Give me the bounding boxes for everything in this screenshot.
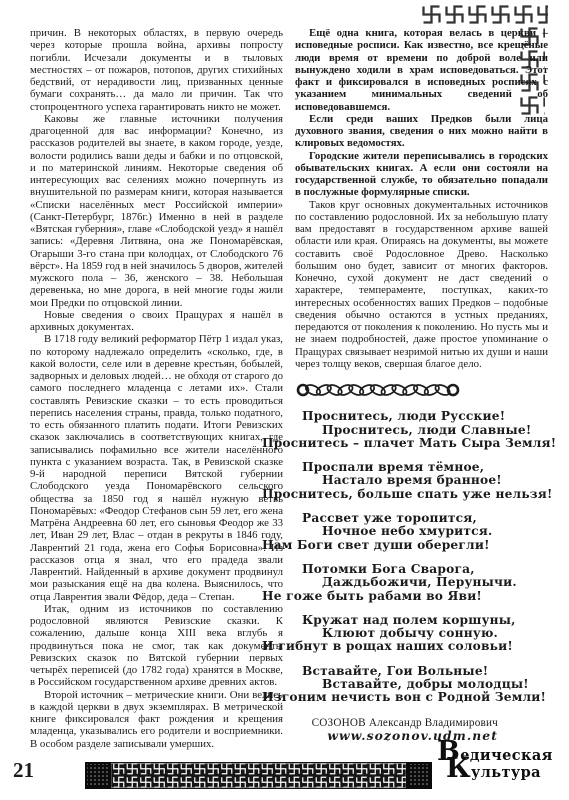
poem-line: Даждьбожичи, Перунычи. xyxy=(322,576,557,589)
poem-stanza: Вставайте, Гои Вольные! Вставайте, добры… xyxy=(262,665,557,705)
paragraph: Итак, одним из источников по составлению… xyxy=(30,603,283,689)
paragraph: причин. В некоторых областях, в первую о… xyxy=(30,27,283,113)
poem-line: Вставайте, Гои Вольные! xyxy=(302,665,557,678)
paragraph: Городские жители переписывались в городс… xyxy=(295,150,548,199)
paragraph: Ещё одна книга, которая велась в церкви … xyxy=(295,27,548,113)
magazine-logo-line2: Культура xyxy=(446,761,553,780)
magazine-logo: Ведическая Культура xyxy=(437,744,553,780)
left-column: причин. В некоторых областях, в первую о… xyxy=(30,27,283,750)
poem-stanza: Потомки Бога Сварога, Даждьбожичи, Перун… xyxy=(262,563,557,603)
poem-line: Настало время бранное! xyxy=(322,474,557,487)
paragraph: В 1718 году великий реформатор Пётр 1 из… xyxy=(30,333,283,603)
paragraph: Новые сведения о своих Пращурах я нашёл … xyxy=(30,309,283,334)
right-column: Ещё одна книга, которая велась в церкви … xyxy=(295,27,548,742)
signature-block: СОЗОНОВ Александр Владимирович www.sozon… xyxy=(295,717,548,743)
paragraph: Таков круг основных документальных источ… xyxy=(295,199,548,371)
braid-chain-divider xyxy=(295,382,548,401)
paragraph: Второй источник – метрические книги. Они… xyxy=(30,689,283,750)
author-name: СОЗОНОВ Александр Владимирович xyxy=(295,717,498,729)
poem-stanza: Кружат над полем коршуны, Клюют добычу с… xyxy=(262,614,557,654)
poem-line: Нам Боги свет души оберегли! xyxy=(262,539,557,552)
poem-line: Изгоним нечисть вон с Родной Земли! xyxy=(262,691,557,704)
poem-line: Рассвет уже торопится, xyxy=(302,512,557,525)
poem-line: Вставайте, добры молодцы! xyxy=(322,678,557,691)
paragraph: Если среди ваших Предков были лица духов… xyxy=(295,113,548,150)
paragraph: Каковы же главные источники получения др… xyxy=(30,113,283,309)
poem-line: Кружат над полем коршуны, xyxy=(302,614,557,627)
poem: Проснитесь, люди Русские! Проснитесь, лю… xyxy=(262,410,557,704)
poem-line: Проснитесь – плачет Мать Сыра Земля! xyxy=(262,437,557,450)
meander-band xyxy=(85,762,432,794)
poem-line: Проснитесь, больше спать уже нельзя! xyxy=(262,488,557,501)
poem-line: Не гоже быть рабами во Яви! xyxy=(262,590,557,603)
poem-line: Ночное небо хмурится. xyxy=(322,525,557,538)
poem-stanza: Проспали время тёмное, Настало время бра… xyxy=(262,461,557,501)
poem-line: Потомки Бога Сварога, xyxy=(302,563,557,576)
poem-stanza: Рассвет уже торопится, Ночное небо хмури… xyxy=(262,512,557,552)
author-website: www.sozonov.udm.net xyxy=(295,730,498,742)
poem-line: И гибнут в рощах наших соловьи! xyxy=(262,640,557,653)
poem-line: Проснитесь, люди Русские! xyxy=(302,410,557,423)
poem-line: Клюют добычу сонную. xyxy=(322,627,557,640)
poem-line: Проснитесь, люди Славные! xyxy=(322,424,557,437)
page-number: 21 xyxy=(13,758,34,783)
poem-stanza: Проснитесь, люди Русские! Проснитесь, лю… xyxy=(262,410,557,450)
poem-line: Проспали время тёмное, xyxy=(302,461,557,474)
